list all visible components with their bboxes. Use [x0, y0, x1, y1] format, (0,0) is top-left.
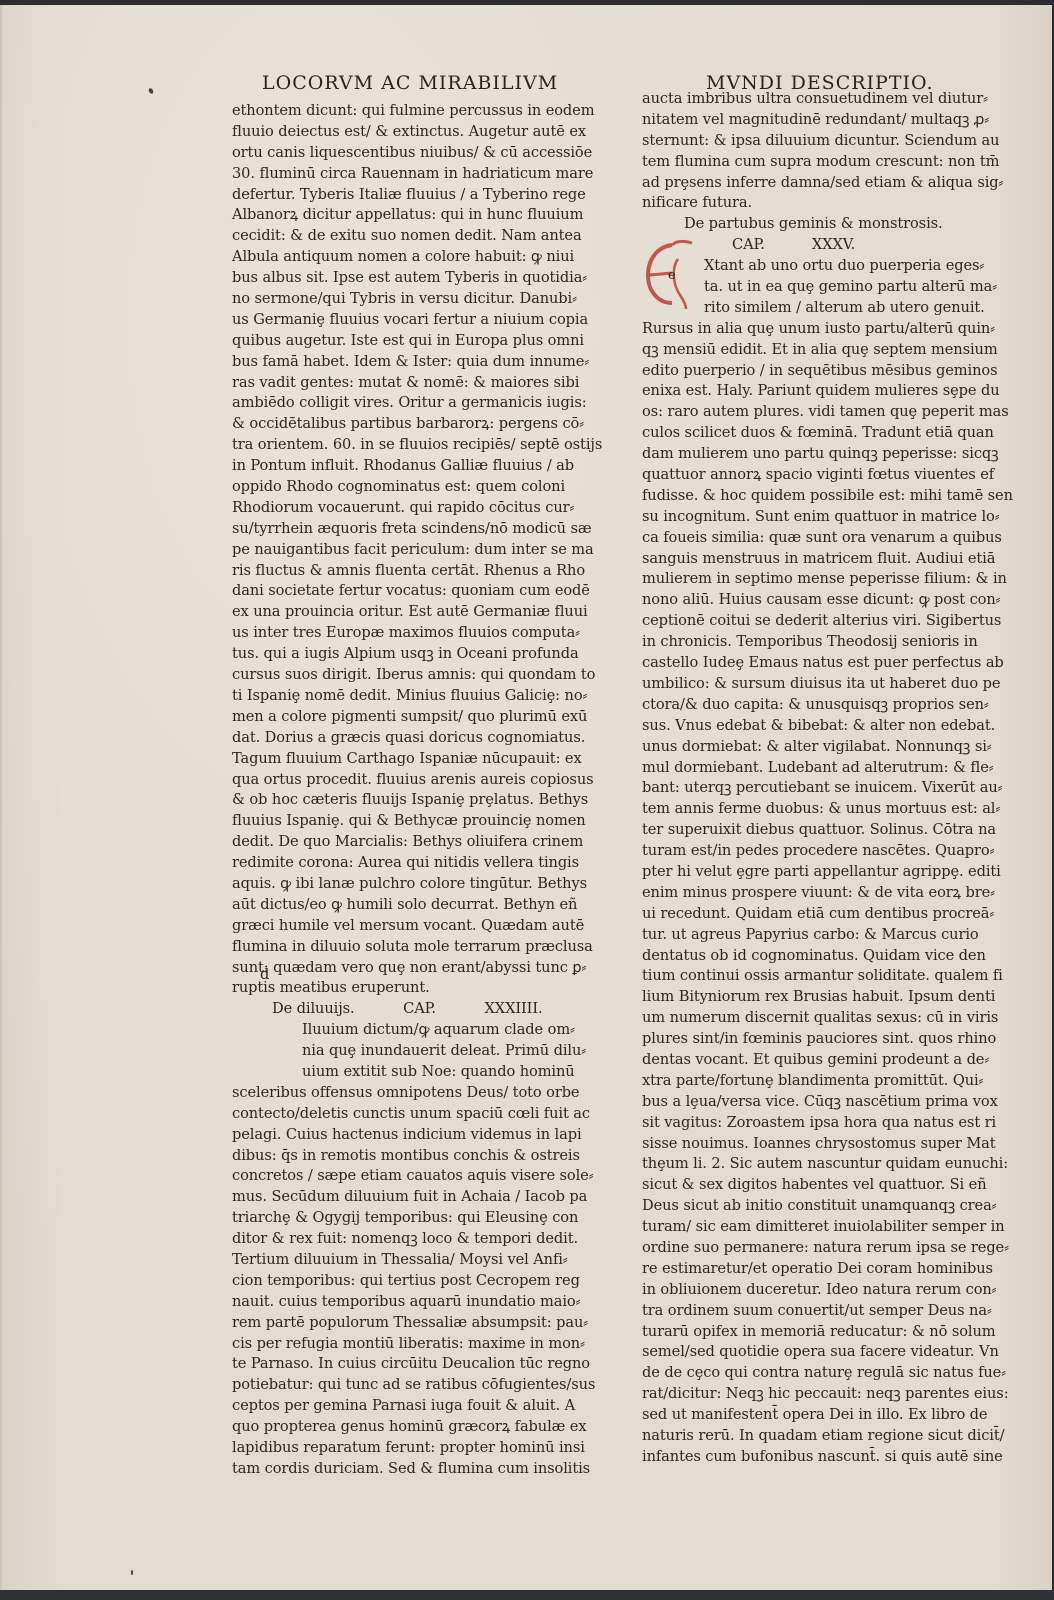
- text-line: cursus suos dirigit. Iberus amnis: qui q…: [232, 665, 572, 686]
- chapter-heading: De diluuijs. CAP. XXXIIII.: [232, 999, 572, 1020]
- running-head-left: LOCORVM AC MIRABILIVM: [262, 72, 558, 94]
- text-line: sit vagitus: Zoroastem ipsa hora qua nat…: [642, 1113, 982, 1134]
- text-line: uium extitit sub Noe: quando hominū: [302, 1062, 572, 1083]
- text-line: de de cȩco qui contra naturȩ regulā sic …: [642, 1363, 982, 1384]
- text-line: culos scilicet duos & fœminā. Tradunt et…: [642, 423, 982, 444]
- text-line: re estimaretur/et operatio Dei coram hom…: [642, 1259, 982, 1280]
- left-column: ethontem dicunt: qui fulmine percussus i…: [232, 101, 572, 1480]
- text-line: cecidit: & de exitu suo nomen dedit. Nam…: [232, 226, 572, 247]
- text-line: bant: uterqꝫ percutiebant se inuicem. Vi…: [642, 778, 982, 799]
- text-line: sed ut manifestent̄ opera Dei in illo. E…: [642, 1405, 982, 1426]
- text-line: nono aliū. Huius causam esse dicunt: ꝙ p…: [642, 590, 982, 611]
- right-column-text-c: Rursus in alia quȩ unum iusto partu/alte…: [642, 319, 982, 1468]
- text-line: ditor & rex fuit: nomenqꝫ loco & tempori…: [232, 1229, 572, 1250]
- text-line: turarū opifex in memoriā reducatur: & nō…: [642, 1322, 982, 1343]
- text-line: qꝫ mensiū edidit. Et in alia quȩ septem …: [642, 340, 982, 361]
- text-line: græci humile vel mersum vocant. Quædam a…: [232, 916, 572, 937]
- text-line: fluuio deiectus est/ & extinctus. Augetu…: [232, 122, 572, 143]
- text-line: dedit. De quo Marcialis: Bethys oliuifer…: [232, 832, 572, 853]
- text-line: dam mulierem uno partu quinqꝫ peperisse:…: [642, 444, 982, 465]
- text-line: quo propterea genus hominū græcorꝝ fabul…: [232, 1417, 572, 1438]
- text-line: 30. fluminū circa Rauennam in hadriaticu…: [232, 164, 572, 185]
- chapter-title: De diluuijs.: [272, 1000, 355, 1017]
- text-line: tem annis ferme duobus: & unus mortuus e…: [642, 799, 982, 820]
- text-line: dentatus ob id cognominatus. Quidam vice…: [642, 946, 982, 967]
- text-line: qua ortus procedit. fluuius arenis aurei…: [232, 770, 572, 791]
- text-line: tra ordinem suum conuertit/ut semper Deu…: [642, 1301, 982, 1322]
- text-line: turam est/in pedes procedere nascētes. Q…: [642, 841, 982, 862]
- text-line: in Pontum influit. Rhodanus Galliæ fluui…: [232, 456, 572, 477]
- text-line: mul dormiebant. Ludebant ad alterutrum: …: [642, 758, 982, 779]
- text-line: unus dormiebat: & alter vigilabat. Nonnu…: [642, 737, 982, 758]
- text-line: bus albus sit. Ipse est autem Tyberis in…: [232, 268, 572, 289]
- text-line: & ob hoc cæteris fluuijs Ispaniȩ prȩlatu…: [232, 790, 572, 811]
- text-line: nitatem vel magnitudinē redundant/ multa…: [642, 110, 982, 131]
- ink-speck: [148, 87, 154, 94]
- text-line: ex una prouincia oritur. Est autē German…: [232, 602, 572, 623]
- text-line: sanguis menstruus in matricem fluit. Aud…: [642, 549, 982, 570]
- text-line: aquis. ꝙ ibi lanæ pulchro colore tingūtu…: [232, 874, 572, 895]
- text-line: contecto/deletis cunctis unum spaciū cœl…: [232, 1104, 572, 1125]
- text-line: dat. Dorius a græcis quasi doricus cogno…: [232, 728, 572, 749]
- text-line: dibus: q̄s in remotis montibus conchis &…: [232, 1146, 572, 1167]
- text-line: lapidibus reparatum ferunt: propter homi…: [232, 1438, 572, 1459]
- text-line: defertur. Tyberis Italiæ fluuius / a Tyb…: [232, 185, 572, 206]
- text-line: aucta imbribus ultra consuetudinem vel d…: [642, 89, 982, 110]
- text-line: tium continui ossis armantur soliditate.…: [642, 966, 982, 987]
- text-line: Tagum fluuium Carthago Ispaniæ nūcupauit…: [232, 749, 572, 770]
- text-line: os: raro autem plures. vidi tamen quȩ pe…: [642, 402, 982, 423]
- text-line: plures sint/in fœminis pauciores sint. q…: [642, 1029, 982, 1050]
- text-line: Iluuium dictum/ꝙ aquarum clade om⸗: [302, 1020, 572, 1041]
- text-line: ta. ut in ea quȩ gemino partu alterū ma⸗: [704, 277, 982, 298]
- scan-bottom-edge: [0, 1590, 1054, 1600]
- chapter-number: XXXIIII.: [484, 1000, 542, 1017]
- text-line: tus. qui a iugis Alpium usqꝫ in Oceani p…: [232, 644, 572, 665]
- text-line: fudisse. & hoc quidem possibile est: mih…: [642, 486, 982, 507]
- text-line: sternunt: & ipsa diluuium dicuntur. Scie…: [642, 131, 982, 152]
- text-line: us inter tres Europæ maximos fluuios com…: [232, 623, 572, 644]
- text-line: ui recedunt. Quidam etiā cum dentibus pr…: [642, 904, 982, 925]
- text-line: pe nauigantibus facit periculum: dum int…: [232, 540, 572, 561]
- text-line: ca foueis similia: quæ sunt ora venarum …: [642, 528, 982, 549]
- text-line: umbilico: & sursum diuisus ita ut habere…: [642, 674, 982, 695]
- text-line: ris fluctus & amnis fluenta certāt. Rhen…: [232, 561, 572, 582]
- text-line: Xtant ab uno ortu duo puerperia eges⸗: [704, 256, 982, 277]
- text-line: bus a lȩua/versa vice. Cūqꝫ nascētium pr…: [642, 1092, 982, 1113]
- text-line: ter superuixit diebus quattuor. Solinus.…: [642, 820, 982, 841]
- chapter-title: De partubus geminis & monstrosis.: [642, 214, 982, 235]
- text-line: tra orientem. 60. in se fluuios recipiēs…: [232, 435, 572, 456]
- text-line: cis per refugia montiū liberatis: maxime…: [232, 1334, 572, 1355]
- text-line: cion temporibus: qui tertius post Cecrop…: [232, 1271, 572, 1292]
- text-line: ad prȩsens inferre damna/sed etiam & ali…: [642, 173, 982, 194]
- text-line: castello Iudeȩ Emaus natus est puer perf…: [642, 653, 982, 674]
- guide-letter: d: [260, 966, 269, 983]
- text-line: xtra parte/fortunȩ blandimenta promittūt…: [642, 1071, 982, 1092]
- text-line: concretos / sæpe etiam cauatos aquis vis…: [232, 1166, 572, 1187]
- text-line: nificare futura.: [642, 193, 982, 214]
- text-line: us Germaniȩ fluuius vocari fertur a niui…: [232, 310, 572, 331]
- text-line: pter hi velut ȩgre parti appellantur agr…: [642, 862, 982, 883]
- text-line: & occidētalibus partibus barbarorꝝ: perg…: [232, 414, 572, 435]
- text-line: sunt: quædam vero quȩ non erant/abyssi t…: [232, 958, 572, 979]
- text-line: su incognitum. Sunt enim quattuor in mat…: [642, 507, 982, 528]
- text-line: triarchȩ & Ogygij temporibus: qui Eleusi…: [232, 1208, 572, 1229]
- text-line: ethontem dicunt: qui fulmine percussus i…: [232, 101, 572, 122]
- chapter-number: XXXV.: [812, 236, 855, 253]
- text-line: enim minus prospere viuunt: & de vita eo…: [642, 883, 982, 904]
- text-line: um numerum discernit qualitas sexus: cū …: [642, 1008, 982, 1029]
- text-line: quibus augetur. Iste est qui in Europa p…: [232, 331, 572, 352]
- text-line: fluuius Ispaniȩ. qui & Bethycæ prouinciȩ…: [232, 811, 572, 832]
- text-line: pelagi. Cuius hactenus indicium videmus …: [232, 1125, 572, 1146]
- right-column-text-a: aucta imbribus ultra consuetudinem vel d…: [642, 89, 982, 214]
- text-line: semel/sed quotidie opera sua facere vide…: [642, 1342, 982, 1363]
- text-line: ras vadit gentes: mutat & nomē: & maiore…: [232, 373, 572, 394]
- text-line: thȩum li. 2. Sic autem nascuntur quidam …: [642, 1154, 982, 1175]
- left-column-text-a: ethontem dicunt: qui fulmine percussus i…: [232, 101, 572, 999]
- ink-speck: [131, 1570, 133, 1575]
- text-line: ordine suo permanere: natura rerum ipsa …: [642, 1238, 982, 1259]
- scan-top-edge: [0, 0, 1054, 5]
- text-line: ctora/& duo capita: & unusquisqꝫ proprio…: [642, 695, 982, 716]
- text-line: dentas vocant. Et quibus gemini prodeunt…: [642, 1050, 982, 1071]
- text-line: bus famā habet. Idem & Ister: quia dum i…: [232, 352, 572, 373]
- text-line: ortu canis liquescentibus niuibus/ & cū …: [232, 143, 572, 164]
- text-line: sceleribus offensus omnipotens Deus/ tot…: [232, 1083, 572, 1104]
- text-line: sus. Vnus edebat & bibebat: & alter non …: [642, 716, 982, 737]
- text-line: turam/ sic eam dimitteret inuiolabiliter…: [642, 1217, 982, 1238]
- text-line: te Parnaso. In cuius circūitu Deucalion …: [232, 1354, 572, 1375]
- text-line: redimite corona: Aurea qui nitidis velle…: [232, 853, 572, 874]
- text-line: tur. ut agreus Papyrius carbo: & Marcus …: [642, 925, 982, 946]
- text-line: ti Ispaniȩ nomē dedit. Minius fluuius Ga…: [232, 686, 572, 707]
- text-line: Albanorꝝ dicitur appellatus: qui in hunc…: [232, 205, 572, 226]
- chapter-cap-label: CAP.: [403, 1000, 436, 1017]
- chapter-cap-label: CAP.: [732, 236, 765, 253]
- text-line: rat/dicitur: Neqꝫ hic peccauit: neqꝫ par…: [642, 1384, 982, 1405]
- text-line: ambiēdo colligit vires. Oritur a germani…: [232, 393, 572, 414]
- text-line: edito puerperio / in sequētibus mēsibus …: [642, 361, 982, 382]
- text-line: nia quȩ inundauerit deleat. Primū dilu⸗: [302, 1041, 572, 1062]
- text-line: lium Bityniorum rex Brusias habuit. Ipsu…: [642, 987, 982, 1008]
- text-line: mus. Secūdum diluuium fuit in Achaia / I…: [232, 1187, 572, 1208]
- text-line: Tertium diluuium in Thessalia/ Moysi vel…: [232, 1250, 572, 1271]
- text-line: su/tyrrhein æquoris freta scindens/nō mo…: [232, 519, 572, 540]
- text-line: naturis rerū. In quadam etiam regione si…: [642, 1426, 982, 1447]
- text-line: ceptos per gemina Parnasi iuga fouit & a…: [232, 1396, 572, 1417]
- text-line: aūt dictus/eo ꝙ humili solo decurrat. Be…: [232, 895, 572, 916]
- text-line: nauit. cuius temporibus aquarū inundatio…: [232, 1292, 572, 1313]
- text-line: rito similem / alterum ab utero genuit.: [704, 298, 982, 319]
- text-line: sisse nouimus. Ioannes chrysostomus supe…: [642, 1134, 982, 1155]
- text-line: ruptis meatibus eruperunt.: [232, 978, 572, 999]
- text-line: oppido Rhodo cognominatus est: quem colo…: [232, 477, 572, 498]
- text-line: no sermone/qui Tybris in versu dicitur. …: [232, 289, 572, 310]
- text-line: tem flumina cum supra modum crescunt: no…: [642, 152, 982, 173]
- text-line: tam cordis duriciam. Sed & flumina cum i…: [232, 1459, 572, 1480]
- text-line: Deus sicut ab initio constituit unamquan…: [642, 1196, 982, 1217]
- text-line: potiebatur: qui tunc ad se ratibus cōfug…: [232, 1375, 572, 1396]
- text-line: flumina in diluuio soluta mole terrarum …: [232, 937, 572, 958]
- text-line: Albula antiquum nomen a colore habuit: ꝙ…: [232, 247, 572, 268]
- text-line: in obliuionem duceretur. Ideo natura rer…: [642, 1280, 982, 1301]
- text-line: dani societate fertur vocatus: quoniam c…: [232, 581, 572, 602]
- text-line: men a colore pigmenti sumpsit/ quo pluri…: [232, 707, 572, 728]
- text-line: in chronicis. Temporibus Theodosij senio…: [642, 632, 982, 653]
- text-line: Rhodiorum vocauerunt. qui rapido cōcitus…: [232, 498, 572, 519]
- text-line: Rursus in alia quȩ unum iusto partu/alte…: [642, 319, 982, 340]
- text-line: enixa est. Haly. Pariunt quidem mulieres…: [642, 381, 982, 402]
- text-line: rem partē populorum Thessaliæ absumpsit:…: [232, 1313, 572, 1334]
- text-line: sicut & sex digitos habentes vel quattuo…: [642, 1175, 982, 1196]
- left-column-text-b: Iluuium dictum/ꝙ aquarum clade om⸗nia qu…: [232, 1020, 572, 1083]
- text-line: mulierem in septimo mense peperisse fili…: [642, 569, 982, 590]
- text-line: ceptionē coitui se dederit alterius viri…: [642, 611, 982, 632]
- text-line: quattuor annorꝝ spacio viginti fœtus viu…: [642, 465, 982, 486]
- text-line: infantes cum bufonibus nascunt̄. si quis…: [642, 1447, 982, 1468]
- guide-letter: e: [668, 268, 676, 283]
- left-column-text-c: sceleribus offensus omnipotens Deus/ tot…: [232, 1083, 572, 1480]
